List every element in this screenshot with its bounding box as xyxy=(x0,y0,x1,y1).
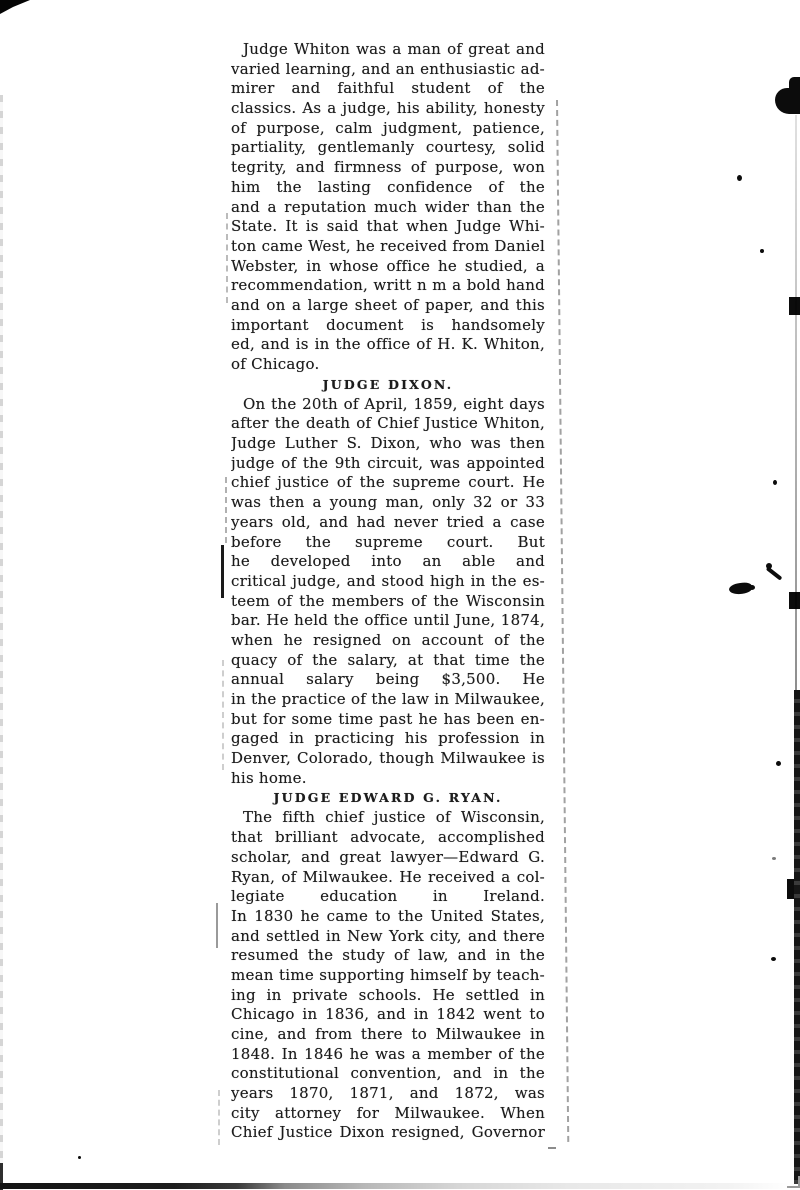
ink-speck xyxy=(737,175,742,181)
column-divider-rule xyxy=(216,903,218,948)
text-line: tegrity, and firmness of purpose, won fo… xyxy=(231,158,545,178)
ink-speck xyxy=(760,249,764,253)
ink-stroke xyxy=(766,563,772,569)
text-line: In 1830 he came to the United States, xyxy=(231,907,545,927)
ink-smudge xyxy=(749,585,755,590)
text-line: and on a large sheet of paper, and this xyxy=(231,296,545,316)
text-line: but for some time past he has been en- xyxy=(231,710,545,730)
text-line: Ryan, of Milwaukee. He received a col- xyxy=(231,868,545,888)
paragraph: Judge Whiton was a man of great andvarie… xyxy=(231,40,545,375)
text-line: ing in private schools. He settled in xyxy=(231,986,545,1006)
text-line: when he resigned on account of the inad- xyxy=(231,631,545,651)
section-heading: JUDGE EDWARD G. RYAN. xyxy=(231,788,545,808)
column-divider-rule xyxy=(226,213,228,303)
text-line: ton came West, he received from Daniel xyxy=(231,237,545,257)
text-line: he developed into an able and xyxy=(231,552,545,572)
text-line: The fifth chief justice of Wisconsin, wa… xyxy=(231,808,545,828)
ink-speck xyxy=(776,761,781,766)
scanner-bottom-bar xyxy=(0,1183,790,1189)
text-line: in the practice of the law in Milwaukee, xyxy=(231,690,545,710)
scanned-newspaper-page: Judge Whiton was a man of great andvarie… xyxy=(0,0,800,1190)
paragraph: The fifth chief justice of Wisconsin, wa… xyxy=(231,808,545,1143)
text-line: Chief Justice Dixon resigned, Governor xyxy=(231,1123,545,1143)
column-divider-rule xyxy=(222,660,224,770)
column-divider-rule xyxy=(221,545,224,598)
page-edge-shadow-right xyxy=(794,690,800,1184)
column-divider-rule xyxy=(225,477,227,543)
text-line: Chicago in 1836, and in 1842 went to Ra- xyxy=(231,1005,545,1025)
text-line: him the lasting confidence of the people… xyxy=(231,178,545,198)
text-line: and settled in New York city, and there xyxy=(231,927,545,947)
text-line: Judge Whiton was a man of great and xyxy=(231,40,545,60)
text-line: State. It is said that when Judge Whi- xyxy=(231,217,545,237)
text-line: teem of the members of the Wisconsin xyxy=(231,592,545,612)
ink-blot xyxy=(789,77,800,114)
text-line: critical judge, and stood high in the es… xyxy=(231,572,545,592)
text-line: Denver, Colorado, though Milwaukee is xyxy=(231,749,545,769)
text-line: judge of the 9th circuit, was appointed xyxy=(231,454,545,474)
text-line: city attorney for Milwaukee. When xyxy=(231,1104,545,1124)
text-line: chief justice of the supreme court. He xyxy=(231,473,545,493)
text-line: legiate education in Ireland. xyxy=(231,887,545,907)
text-line: 1848. In 1846 he was a member of the xyxy=(231,1045,545,1065)
paragraph: On the 20th of April, 1859, eight daysaf… xyxy=(231,395,545,789)
text-line: classics. As a judge, his ability, hones… xyxy=(231,99,545,119)
corner-ink-wedge xyxy=(0,0,32,14)
text-line: mirer and faithful student of the Englis… xyxy=(231,79,545,99)
text-line: ed, and is in the office of H. K. Whiton… xyxy=(231,335,545,355)
text-line: Judge Luther S. Dixon, who was then xyxy=(231,434,545,454)
text-line: years old, and had never tried a case xyxy=(231,513,545,533)
text-line: varied learning, and an enthusiastic ad- xyxy=(231,60,545,80)
page-edge-shadow-right xyxy=(795,115,797,700)
column-divider-rule xyxy=(556,100,569,1142)
text-line: was then a young man, only 32 or 33 xyxy=(231,493,545,513)
section-heading: JUDGE DIXON. xyxy=(231,375,545,395)
text-line: resumed the study of law, and in the xyxy=(231,946,545,966)
text-line: important document is handsomely fram- xyxy=(231,316,545,336)
ink-speck xyxy=(771,957,776,961)
text-line: cine, and from there to Milwaukee in xyxy=(231,1025,545,1045)
text-line: years 1870, 1871, and 1872, was xyxy=(231,1084,545,1104)
ink-speck xyxy=(773,480,777,485)
text-line: On the 20th of April, 1859, eight days xyxy=(231,395,545,415)
text-line: mean time supporting himself by teach- xyxy=(231,966,545,986)
text-line: scholar, and great lawyer—Edward G. xyxy=(231,848,545,868)
text-line: that brilliant advocate, accomplished xyxy=(231,828,545,848)
text-line: bar. He held the office until June, 1874… xyxy=(231,611,545,631)
article-column: Judge Whiton was a man of great andvarie… xyxy=(231,40,545,1143)
text-line: annual salary being $3,500. He engaged xyxy=(231,670,545,690)
text-line: before the supreme court. But xyxy=(231,533,545,553)
ink-speck xyxy=(78,1156,81,1159)
text-line: his home. xyxy=(231,769,545,789)
text-line: after the death of Chief Justice Whiton, xyxy=(231,414,545,434)
text-line: gaged in practicing his profession in xyxy=(231,729,545,749)
text-line: of Chicago. xyxy=(231,355,545,375)
page-edge-shadow-left xyxy=(0,95,3,1190)
ink-speck xyxy=(548,1147,556,1149)
text-line: of purpose, calm judgment, patience, im- xyxy=(231,119,545,139)
column-divider-rule xyxy=(218,1090,220,1145)
text-line: and a reputation much wider than the xyxy=(231,198,545,218)
text-line: constitutional convention, and in the xyxy=(231,1064,545,1084)
text-line: quacy of the salary, at that time the xyxy=(231,651,545,671)
ink-speck xyxy=(772,857,776,860)
text-line: Webster, in whose office he studied, a xyxy=(231,257,545,277)
text-line: recommendation, writt n m a bold hand xyxy=(231,276,545,296)
text-line: partiality, gentlemanly courtesy, solid … xyxy=(231,138,545,158)
